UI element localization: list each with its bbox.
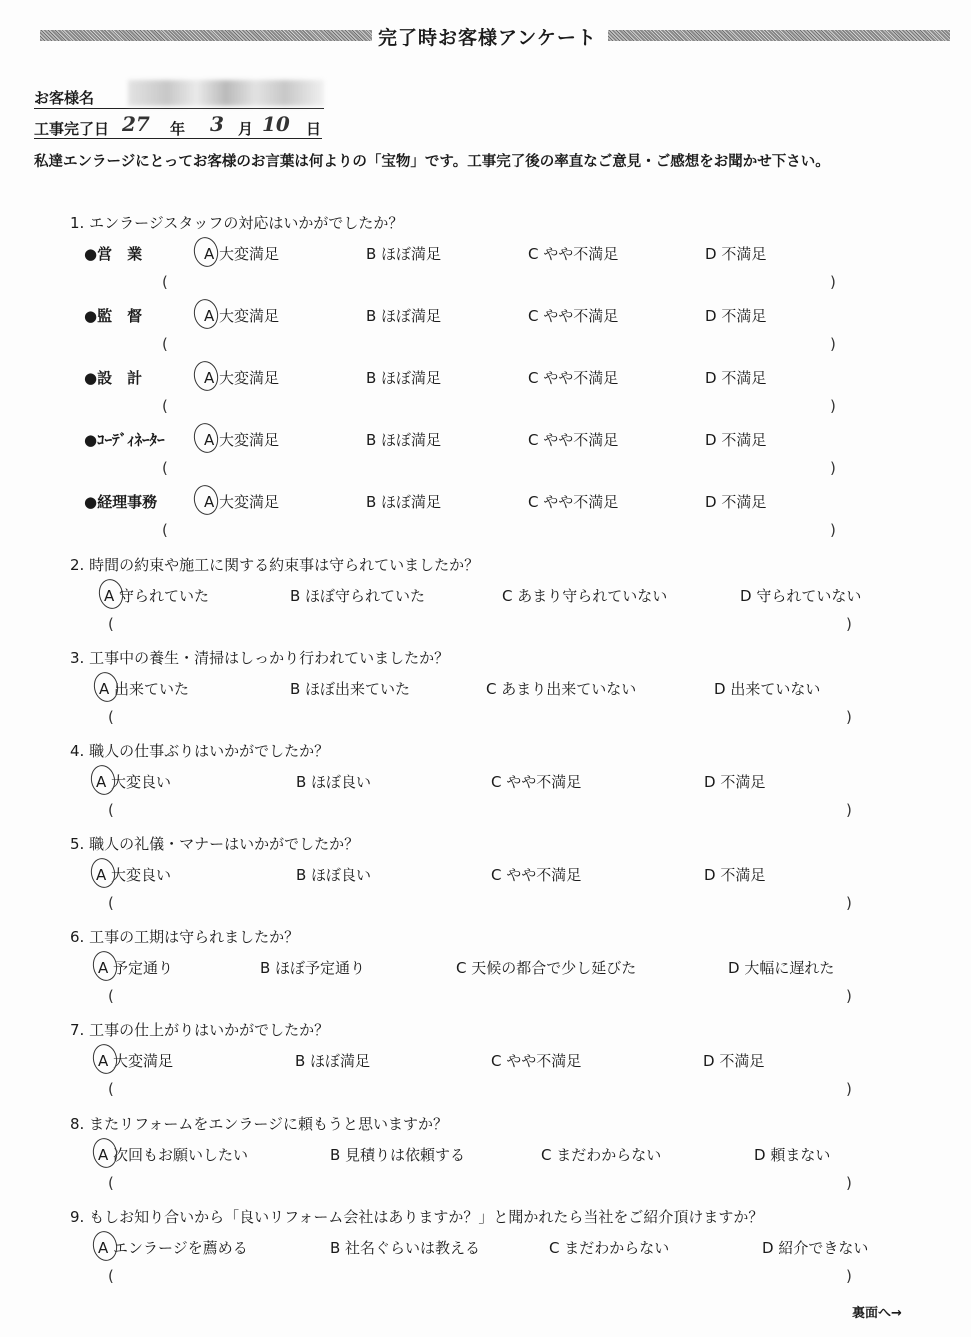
comment-close-paren: ) [846,894,852,912]
selected-circle-mark [90,949,120,983]
q9-comment-field[interactable] [118,1264,838,1286]
q8-option-c[interactable]: C まだわからない [541,1144,661,1165]
selected-circle-mark [90,1229,120,1263]
question-8: 8. またリフォームをエンラージに頼もうと思いますか？ [70,1113,448,1134]
selected-circle-mark [88,856,118,890]
selected-circle-mark [91,670,121,704]
q7-comment-field[interactable] [118,1077,838,1099]
q1-option-b[interactable]: B ほぼ満足 [366,367,441,388]
q7-option-c[interactable]: C やや不満足 [491,1050,581,1071]
q1-row-label: ●設 計 [84,367,142,388]
comment-close-paren: ) [846,708,852,726]
q1-row-label: ●監 督 [84,305,142,326]
q1-option-b[interactable]: B ほぼ満足 [366,491,441,512]
comment-open-paren: ( [162,273,168,291]
q1-comment-field[interactable] [172,395,822,417]
q2-option-b[interactable]: B ほぼ守られていた [290,585,425,606]
q4-option-c[interactable]: C やや不満足 [491,771,581,792]
q3-option-d[interactable]: D 出来ていない [714,678,820,699]
q8-option-b[interactable]: B 見積りは依頼する [330,1144,465,1165]
comment-close-paren: ) [830,459,836,477]
year-value: 27 [122,112,150,136]
selected-circle-mark [191,421,221,455]
q1-option-c[interactable]: C やや不満足 [528,367,618,388]
q2-option-c[interactable]: C あまり守られていない [502,585,667,606]
decorative-hatch-right [608,30,950,41]
q1-row-label: ●経理事務 [84,491,157,512]
comment-open-paren: ( [108,894,114,912]
comment-open-paren: ( [162,335,168,353]
q6-option-c[interactable]: C 天候の都合で少し延びた [456,957,636,978]
q5-option-d[interactable]: D 不満足 [704,864,765,885]
month-unit: 月 [238,118,253,139]
q2-comment-field[interactable] [118,612,838,634]
q1-comment-field[interactable] [172,271,822,293]
q7-option-d[interactable]: D 不満足 [703,1050,764,1071]
customer-name-label: お客様名 [34,89,94,107]
day-value: 10 [262,112,290,136]
redacted-customer-name [128,80,324,106]
q9-option-c[interactable]: C まだわからない [549,1237,669,1258]
q2-option-d[interactable]: D 守られていない [740,585,861,606]
year-unit: 年 [170,118,185,139]
comment-open-paren: ( [162,397,168,415]
question-1: 1. エンラージスタッフの対応はいかがでしたか？ [70,212,403,233]
q6-comment-field[interactable] [118,984,838,1006]
selected-circle-mark [90,1042,120,1076]
q4-option-b[interactable]: B ほぼ良い [296,771,371,792]
comment-open-paren: ( [108,801,114,819]
q6-option-d[interactable]: D 大幅に遅れた [728,957,834,978]
selected-circle-mark [191,235,221,269]
completion-date-label: 工事完了日 [34,118,109,139]
q1-row-label: ●ｺｰﾃﾞｨﾈｰﾀｰ [84,429,165,450]
q1-option-b[interactable]: B ほぼ満足 [366,305,441,326]
q1-option-c[interactable]: C やや不満足 [528,491,618,512]
q1-option-d[interactable]: D 不満足 [705,367,766,388]
comment-close-paren: ) [830,521,836,539]
completion-date-field[interactable]: 工事完了日 27 年 3 月 10 日 [34,118,322,139]
page-title: 完了時お客様アンケート [378,23,597,50]
q1-row-label: ●営 業 [84,243,142,264]
q1-option-d[interactable]: D 不満足 [705,243,766,264]
q5-option-b[interactable]: B ほぼ良い [296,864,371,885]
title-bar: 完了時お客様アンケート [40,26,950,46]
question-3: 3. 工事中の養生・清掃はしっかり行われていましたか？ [70,647,449,668]
comment-open-paren: ( [108,987,114,1005]
question-5: 5. 職人の礼儀・マナーはいかがでしたか？ [70,833,359,854]
day-unit: 日 [306,118,321,139]
q1-comment-field[interactable] [172,519,822,541]
q7-option-b[interactable]: B ほぼ満足 [295,1050,370,1071]
comment-close-paren: ) [846,615,852,633]
q8-option-d[interactable]: D 頼まない [754,1144,830,1165]
selected-circle-mark [191,359,221,393]
next-page-link[interactable]: 裏面へ→ [852,1302,902,1321]
decorative-hatch-left [40,30,372,41]
q1-comment-field[interactable] [172,457,822,479]
q6-option-b[interactable]: B ほぼ予定通り [260,957,365,978]
q8-comment-field[interactable] [118,1171,838,1193]
question-7: 7. 工事の仕上がりはいかがでしたか？ [70,1019,329,1040]
comment-close-paren: ) [830,397,836,415]
selected-circle-mark [96,577,126,611]
comment-close-paren: ) [830,335,836,353]
question-2: 2. 時間の約束や施工に関する約束事は守られていましたか？ [70,554,479,575]
q9-option-a[interactable]: A エンラージを薦める [98,1237,248,1258]
intro-text: 私達エンラージにとってお客様のお言葉は何よりの「宝物」です。工事完了後の率直なご… [34,150,830,171]
q1-option-d[interactable]: D 不満足 [705,305,766,326]
q1-option-c[interactable]: C やや不満足 [528,243,618,264]
q9-option-d[interactable]: D 紹介できない [762,1237,868,1258]
q1-option-b[interactable]: B ほぼ満足 [366,243,441,264]
q1-option-d[interactable]: D 不満足 [705,491,766,512]
q4-comment-field[interactable] [118,798,838,820]
comment-close-paren: ) [846,1174,852,1192]
q3-option-b[interactable]: B ほぼ出来ていた [290,678,410,699]
comment-open-paren: ( [108,1267,114,1285]
selected-circle-mark [191,297,221,331]
q4-option-d[interactable]: D 不満足 [704,771,765,792]
selected-circle-mark [90,1136,120,1170]
q5-comment-field[interactable] [118,891,838,913]
comment-open-paren: ( [108,1080,114,1098]
q3-comment-field[interactable] [118,705,838,727]
q1-comment-field[interactable] [172,333,822,355]
q8-option-a[interactable]: A 次回もお願いしたい [98,1144,248,1165]
comment-open-paren: ( [162,459,168,477]
q1-option-c[interactable]: C やや不満足 [528,305,618,326]
comment-open-paren: ( [108,1174,114,1192]
question-9: 9. もしお知り合いから「良いリフォーム会社はありますか？」と聞かれたら当社をご… [70,1206,763,1227]
question-6: 6. 工事の工期は守られましたか？ [70,926,299,947]
selected-circle-mark [191,483,221,517]
q1-option-b[interactable]: B ほぼ満足 [366,429,441,450]
q3-option-c[interactable]: C あまり出来ていない [486,678,636,699]
q5-option-c[interactable]: C やや不満足 [491,864,581,885]
comment-close-paren: ) [846,801,852,819]
q9-option-b[interactable]: B 社名ぐらいは教える [330,1237,480,1258]
q1-option-c[interactable]: C やや不満足 [528,429,618,450]
comment-close-paren: ) [846,1267,852,1285]
comment-open-paren: ( [108,708,114,726]
q1-option-d[interactable]: D 不満足 [705,429,766,450]
comment-close-paren: ) [830,273,836,291]
question-4: 4. 職人の仕事ぶりはいかがでしたか？ [70,740,329,761]
comment-close-paren: ) [846,1080,852,1098]
month-value: 3 [210,112,224,136]
comment-open-paren: ( [162,521,168,539]
comment-close-paren: ) [846,987,852,1005]
comment-open-paren: ( [108,615,114,633]
selected-circle-mark [88,763,118,797]
